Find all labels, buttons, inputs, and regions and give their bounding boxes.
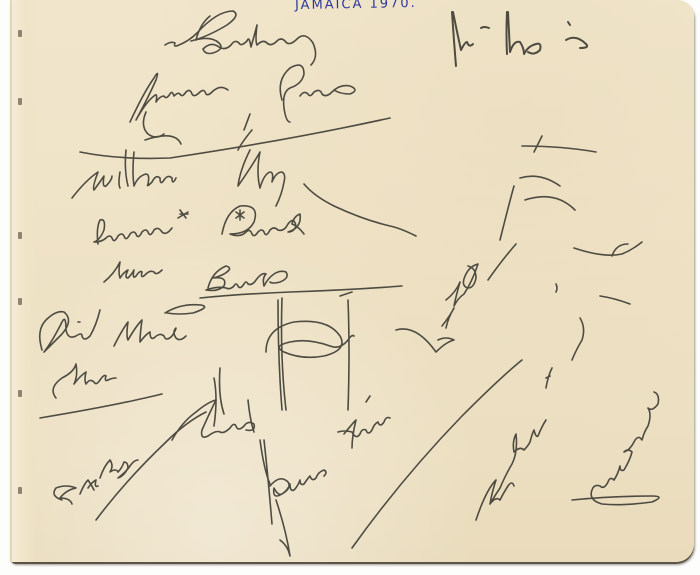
signature-andrew-lambert: [572, 242, 659, 505]
signature-alston: [172, 368, 254, 440]
signature-bamber: [165, 11, 316, 65]
signature-maurice-foster: [260, 360, 522, 556]
signature-arthur-barrett: [104, 262, 402, 314]
signature-vincent-wright: [396, 136, 596, 352]
signature-vivian-wellington: [476, 284, 584, 520]
signature-sarjoo: [54, 412, 206, 520]
signature-rennie-pinnock: [94, 206, 304, 244]
signature-lawrence-rowe: [130, 65, 355, 137]
signature-ai-weis: [452, 12, 587, 66]
signatures-layer: [0, 0, 700, 575]
signature-walker: [40, 364, 162, 418]
signature-noel-miles: [40, 310, 186, 352]
signature-monogram: [266, 292, 354, 410]
